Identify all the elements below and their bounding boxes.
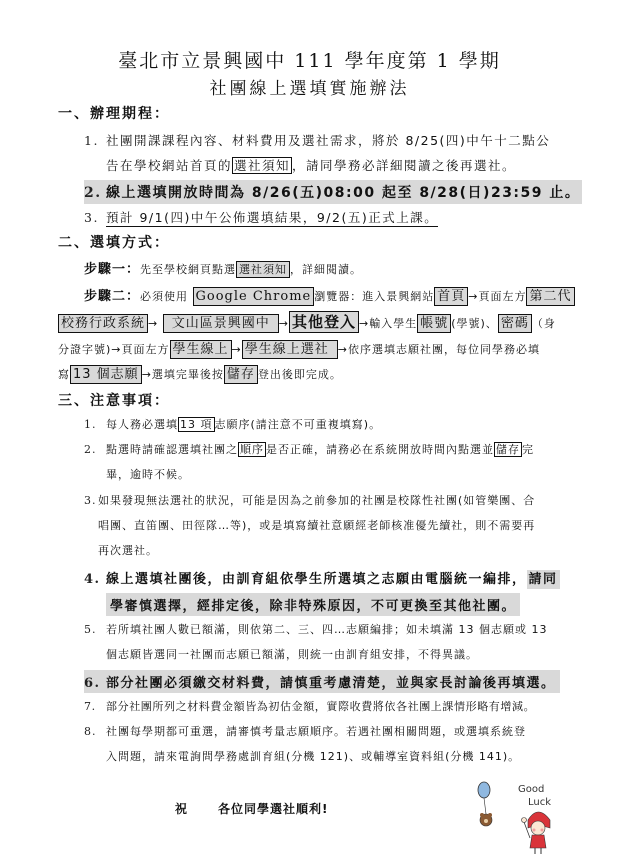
note-3-line1: 3.如果發現無法選社的狀況，可能是因為之前參加的社團是校隊性社團(如管樂團、合 bbox=[84, 492, 535, 508]
note-8-line1: 8.社團每學期都可重選，請審慎考量志願順序。若遇社團相關問題，或選填系統登 bbox=[84, 723, 526, 739]
item-number: 8. bbox=[84, 725, 106, 738]
note-5-line1: 5.若所填社團人數已額滿，則依第二、三、四…志願編排；如未填滿 13 個志願或 … bbox=[84, 621, 547, 637]
item-number: 5. bbox=[84, 623, 106, 636]
good-luck-illustration: Good Luck bbox=[470, 778, 560, 858]
step-2-line4: 寫13 個志願→選填完畢後按儲存登出後即完成。 bbox=[58, 363, 342, 382]
item-number: 4. bbox=[84, 572, 106, 587]
note-5-line2: 個志願皆選同一社團而志願已額滿，則統一由訓育組安排，不得異議。 bbox=[106, 646, 478, 662]
item-number: 3. bbox=[84, 494, 98, 507]
step-2-line2: 校務行政系統→ 文山區景興國中→其他登入→輸入學生帳號(學號)、密碼（身 bbox=[58, 311, 556, 332]
schedule-item-3: 3.預計 9/1(四)中午公佈選填結果，9/2(五)正式上課。 bbox=[84, 208, 438, 226]
note-3-line3: 再次選社。 bbox=[98, 542, 158, 558]
highlighted-text: 請同 bbox=[527, 570, 560, 589]
note-6: 6.部分社團必須繳交材料費，請慎重考慮清楚，並與家長討論後再填選。 bbox=[84, 670, 560, 693]
section-heading-method: 二、選填方式： bbox=[58, 232, 170, 252]
schedule-item-2: 2.線上選填開放時間為 8/26(五)08:00 起至 8/28(日)23:59… bbox=[84, 180, 582, 204]
boxed-term-order: 順序 bbox=[238, 442, 266, 457]
note-8-line2: 入問題，請來電詢問學務處訓育組(分機 121)、或輔導室資料組(分機 141)。 bbox=[106, 748, 520, 764]
note-4-line1: 4.線上選填社團後，由訓育組依學生所選填之志願由電腦統一編排，請同 bbox=[84, 568, 560, 587]
schedule-item-1-line2: 告在學校網站首頁的選社須知，請同學務必詳細閱讀之後再選社。 bbox=[106, 156, 516, 174]
item-number: 2. bbox=[84, 185, 106, 201]
svg-text:Good: Good bbox=[518, 784, 544, 795]
boxed-term-google-chrome: Google Chrome bbox=[193, 287, 315, 306]
closing-wish: 祝各位同學選社順利! bbox=[175, 800, 329, 817]
boxed-term-student-club-select: 學生線上選社 bbox=[242, 340, 338, 359]
note-3-line2: 唱團、直笛團、田徑隊…等)，或是填寫續社意願經老師核准優先續社，則不需要再 bbox=[98, 517, 535, 533]
boxed-term-club-notice: 選社須知 bbox=[232, 157, 292, 174]
item-number: 1. bbox=[84, 133, 106, 148]
note-1: 1.每人務必選填13 項志願序(請注意不可重複填寫)。 bbox=[84, 416, 381, 432]
document-title: 臺北市立景興國中 111 學年度第 1 學期 bbox=[0, 46, 619, 73]
note-7: 7.部分社團所列之材料費金額皆為初估金額，實際收費將依各社團上課情形略有增減。 bbox=[84, 698, 535, 714]
schedule-item-1-line1: 1.社團開課課程內容、材料費用及選社需求，將於 8/25(四)中午十二點公 bbox=[84, 131, 550, 149]
note-2-line2: 畢，逾時不候。 bbox=[106, 466, 190, 482]
boxed-term-save: 儲存 bbox=[224, 365, 258, 384]
boxed-term-school-admin-system: 校務行政系統 bbox=[58, 314, 148, 333]
item-number: 3. bbox=[84, 210, 106, 225]
note-4-line2: 學審慎選擇，經排定後，除非特殊原因，不可更換至其他社團。 bbox=[106, 593, 520, 616]
item-number: 1. bbox=[84, 418, 106, 431]
step-2-line1: 步驟二：必須使用 Google Chrome瀏覽器：進入景興網站首頁→頁面左方第… bbox=[84, 285, 575, 304]
section-heading-notes: 三、注意事項： bbox=[58, 390, 170, 410]
document-subtitle: 社團線上選填實施辦法 bbox=[0, 74, 619, 99]
item-number: 6. bbox=[84, 676, 106, 691]
section-heading-schedule: 一、辦理期程： bbox=[58, 103, 170, 123]
boxed-term-student-online: 學生線上 bbox=[170, 340, 232, 359]
boxed-term-password: 密碼 bbox=[498, 314, 532, 333]
boxed-term-other-login: 其他登入 bbox=[289, 311, 359, 333]
boxed-term-school-name: 文山區景興國中 bbox=[163, 314, 279, 333]
boxed-term-club-notice: 選社須知 bbox=[236, 261, 290, 278]
svg-text:Luck: Luck bbox=[528, 797, 551, 808]
step-label: 步驟一： bbox=[84, 262, 140, 277]
boxed-term-13-items: 13 項 bbox=[178, 417, 215, 432]
good-luck-cartoon-icon: Good Luck bbox=[470, 778, 560, 858]
step-2-line3: 分證字號)→頁面左方學生線上→學生線上選社→依序選填志願社團，每位同學務必填 bbox=[58, 338, 540, 357]
step-1: 步驟一：先至學校網頁點選選社須知，詳細閱讀。 bbox=[84, 258, 362, 277]
step-label: 步驟二： bbox=[84, 289, 140, 304]
item-number: 2. bbox=[84, 443, 106, 456]
boxed-term-gen2-a: 第二代 bbox=[526, 287, 574, 306]
item-number: 7. bbox=[84, 700, 106, 713]
note-2-line1: 2.點選時請確認選填社團之順序是否正確，請務必在系統開放時間內點選並儲存完 bbox=[84, 441, 534, 457]
boxed-term-save: 儲存 bbox=[494, 442, 522, 457]
boxed-term-account: 帳號 bbox=[417, 314, 451, 333]
boxed-term-homepage: 首頁 bbox=[434, 287, 468, 306]
boxed-term-13-choices: 13 個志願 bbox=[70, 365, 142, 384]
